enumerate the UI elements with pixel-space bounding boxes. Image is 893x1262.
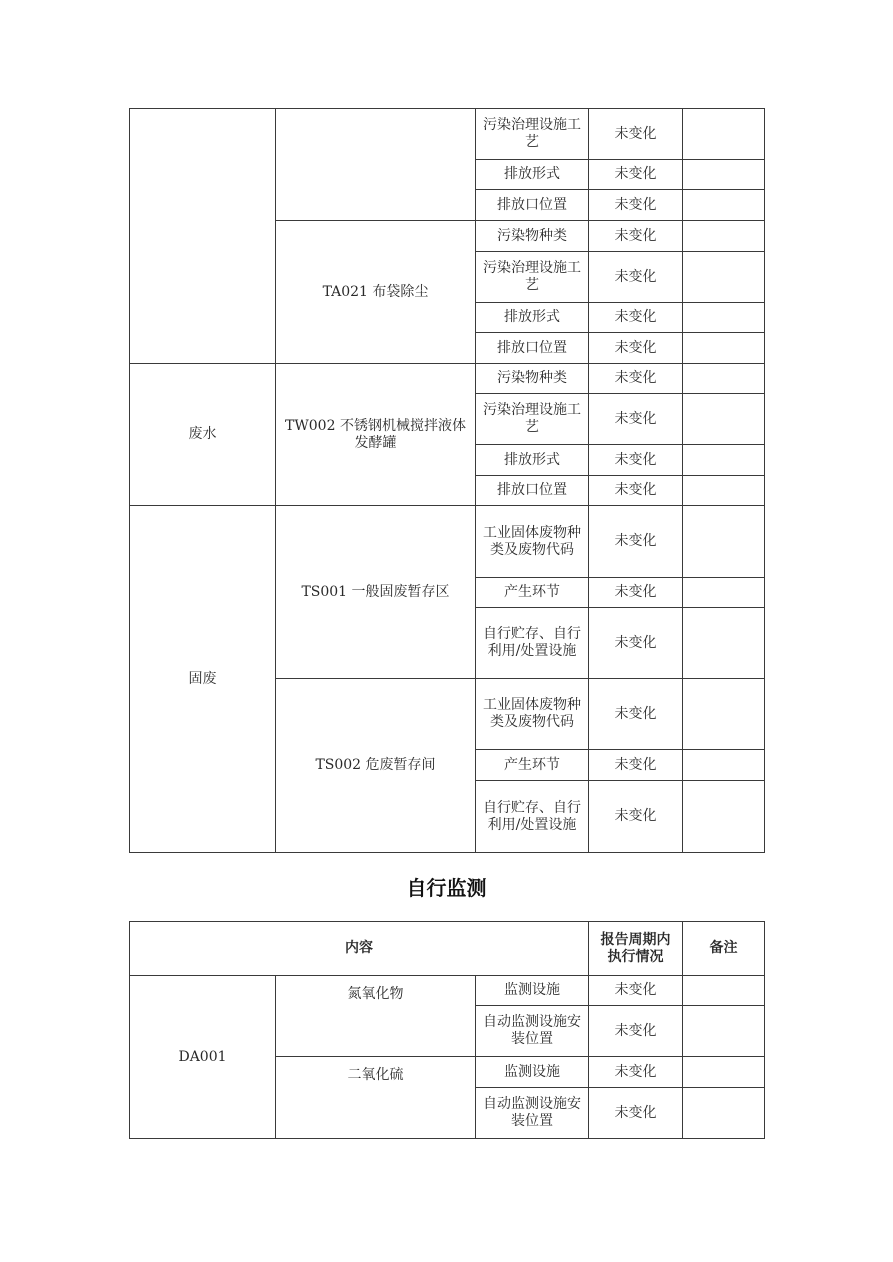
status-cell: 未变化 <box>589 303 683 333</box>
category-cell: 固废 <box>130 506 276 853</box>
status-cell: 未变化 <box>589 445 683 476</box>
header-status: 报告周期内执行情况 <box>589 922 683 976</box>
note-cell <box>683 976 765 1006</box>
item-cell: 排放形式 <box>476 303 589 333</box>
item-cell: 污染治理设施工艺 <box>476 394 589 445</box>
status-cell: 未变化 <box>589 1057 683 1088</box>
note-cell <box>683 476 765 506</box>
note-cell <box>683 252 765 303</box>
item-cell: 排放形式 <box>476 160 589 190</box>
item-cell: 污染物种类 <box>476 364 589 394</box>
status-cell: 未变化 <box>589 608 683 679</box>
status-cell: 未变化 <box>589 1006 683 1057</box>
note-cell <box>683 394 765 445</box>
status-cell: 未变化 <box>589 364 683 394</box>
item-cell: 污染物种类 <box>476 221 589 252</box>
item-cell: 产生环节 <box>476 578 589 608</box>
status-cell: 未变化 <box>589 506 683 578</box>
header-content: 内容 <box>130 922 589 976</box>
item-cell: 监测设施 <box>476 976 589 1006</box>
status-cell: 未变化 <box>589 1088 683 1139</box>
item-cell: 自行贮存、自行利用/处置设施 <box>476 608 589 679</box>
note-cell <box>683 1057 765 1088</box>
status-cell: 未变化 <box>589 221 683 252</box>
source-cell <box>276 109 476 221</box>
note-cell <box>683 364 765 394</box>
item-cell: 自行贮存、自行利用/处置设施 <box>476 781 589 853</box>
source-cell: TS002 危废暂存间 <box>276 679 476 853</box>
status-cell: 未变化 <box>589 190 683 221</box>
header-note: 备注 <box>683 922 765 976</box>
emission-change-table: 污染治理设施工艺 未变化 排放形式 未变化 排放口位置 未变化 TA021 布袋… <box>129 108 765 853</box>
note-cell <box>683 608 765 679</box>
status-cell: 未变化 <box>589 679 683 750</box>
source-cell: TS001 一般固废暂存区 <box>276 506 476 679</box>
note-cell <box>683 506 765 578</box>
pollutant-cell: 二氧化硫 <box>276 1057 476 1139</box>
item-cell: 污染治理设施工艺 <box>476 109 589 160</box>
outlet-cell: DA001 <box>130 976 276 1139</box>
status-cell: 未变化 <box>589 252 683 303</box>
note-cell <box>683 578 765 608</box>
note-cell <box>683 445 765 476</box>
note-cell <box>683 190 765 221</box>
status-cell: 未变化 <box>589 976 683 1006</box>
note-cell <box>683 781 765 853</box>
note-cell <box>683 1088 765 1139</box>
status-cell: 未变化 <box>589 750 683 781</box>
source-cell: TA021 布袋除尘 <box>276 221 476 364</box>
item-cell: 排放口位置 <box>476 476 589 506</box>
category-cell <box>130 109 276 364</box>
item-cell: 工业固体废物种类及废物代码 <box>476 679 589 750</box>
status-cell: 未变化 <box>589 160 683 190</box>
item-cell: 工业固体废物种类及废物代码 <box>476 506 589 578</box>
item-cell: 产生环节 <box>476 750 589 781</box>
item-cell: 排放形式 <box>476 445 589 476</box>
note-cell <box>683 1006 765 1057</box>
status-cell: 未变化 <box>589 476 683 506</box>
status-cell: 未变化 <box>589 394 683 445</box>
item-cell: 监测设施 <box>476 1057 589 1088</box>
item-cell: 排放口位置 <box>476 333 589 364</box>
item-cell: 排放口位置 <box>476 190 589 221</box>
note-cell <box>683 679 765 750</box>
item-cell: 自动监测设施安装位置 <box>476 1088 589 1139</box>
self-monitoring-table: 内容 报告周期内执行情况 备注 DA001 氮氧化物 监测设施 未变化 自动监测… <box>129 921 765 1139</box>
section-title: 自行监测 <box>0 872 893 901</box>
pollutant-cell: 氮氧化物 <box>276 976 476 1057</box>
status-cell: 未变化 <box>589 781 683 853</box>
category-cell: 废水 <box>130 364 276 506</box>
note-cell <box>683 750 765 781</box>
note-cell <box>683 160 765 190</box>
status-cell: 未变化 <box>589 109 683 160</box>
item-cell: 自动监测设施安装位置 <box>476 1006 589 1057</box>
status-cell: 未变化 <box>589 578 683 608</box>
item-cell: 污染治理设施工艺 <box>476 252 589 303</box>
note-cell <box>683 221 765 252</box>
note-cell <box>683 109 765 160</box>
status-cell: 未变化 <box>589 333 683 364</box>
note-cell <box>683 333 765 364</box>
note-cell <box>683 303 765 333</box>
source-cell: TW002 不锈钢机械搅拌液体发酵罐 <box>276 364 476 506</box>
